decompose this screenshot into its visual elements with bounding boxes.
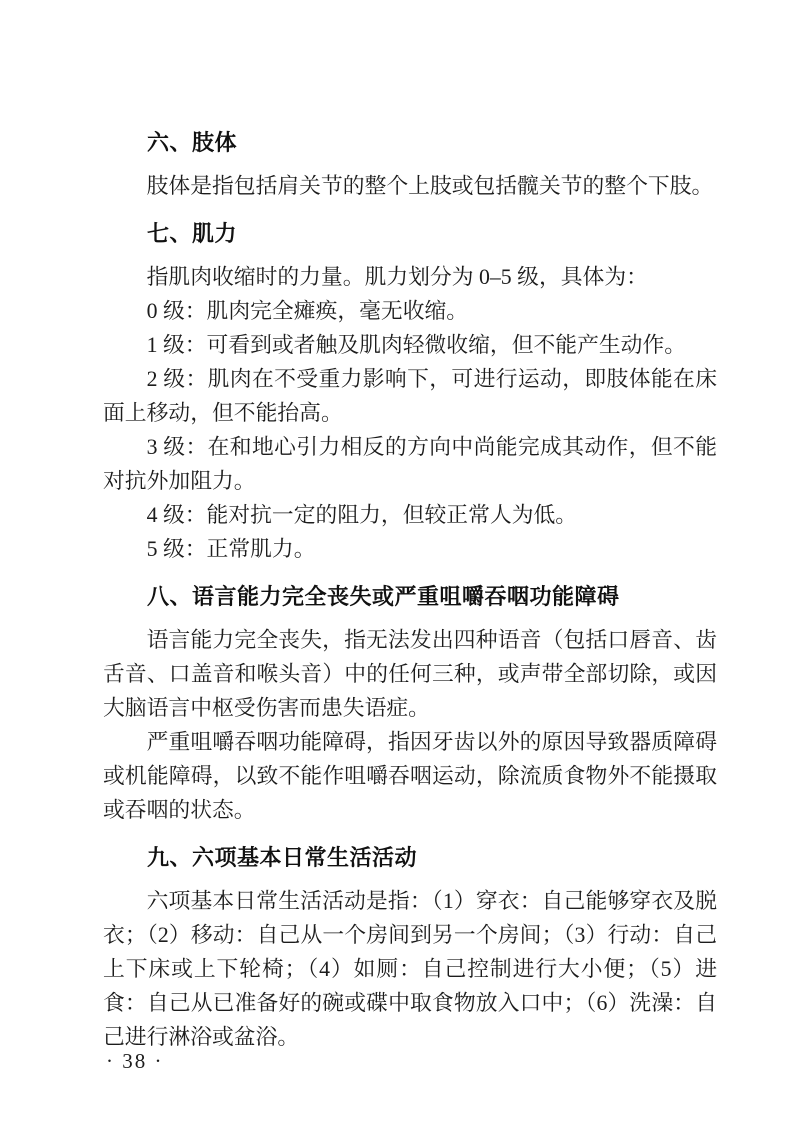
- paragraph-language-loss: 语言能力完全丧失，指无法发出四种语音（包括口唇音、齿舌音、口盖音和喉头音）中的任…: [103, 623, 717, 725]
- page-number: · 38 ·: [106, 1046, 164, 1076]
- paragraph-grade-0: 0 级：肌肉完全瘫痪，毫无收缩。: [103, 294, 717, 328]
- paragraph-grade-3: 3 级：在和地心引力相反的方向中尚能完成其动作，但不能对抗外加阻力。: [103, 430, 717, 498]
- section-heading-muscle-strength: 七、肌力: [103, 217, 717, 251]
- paragraph-muscle-intro: 指肌肉收缩时的力量。肌力划分为 0–5 级，具体为：: [103, 260, 717, 294]
- section-heading-limbs: 六、肢体: [103, 126, 717, 160]
- paragraph-limbs-definition: 肢体是指包括肩关节的整个上肢或包括髋关节的整个下肢。: [103, 169, 717, 203]
- paragraph-grade-5: 5 级：正常肌力。: [103, 532, 717, 566]
- paragraph-chewing-disorder: 严重咀嚼吞咽功能障碍，指因牙齿以外的原因导致器质障碍或机能障碍，以致不能作咀嚼吞…: [103, 725, 717, 827]
- paragraph-daily-activities: 六项基本日常生活活动是指：（1）穿衣：自己能够穿衣及脱衣；（2）移动：自己从一个…: [103, 884, 717, 1054]
- document-page: 六、肢体 肢体是指包括肩关节的整个上肢或包括髋关节的整个下肢。 七、肌力 指肌肉…: [0, 0, 800, 1148]
- page-content: 六、肢体 肢体是指包括肩关节的整个上肢或包括髋关节的整个下肢。 七、肌力 指肌肉…: [103, 126, 717, 1054]
- section-heading-daily-activities: 九、六项基本日常生活活动: [103, 841, 717, 875]
- paragraph-grade-1: 1 级：可看到或者触及肌肉轻微收缩，但不能产生动作。: [103, 328, 717, 362]
- paragraph-grade-2: 2 级：肌肉在不受重力影响下，可进行运动，即肢体能在床面上移动，但不能抬高。: [103, 362, 717, 430]
- section-heading-language-chewing: 八、语言能力完全丧失或严重咀嚼吞咽功能障碍: [103, 580, 717, 614]
- paragraph-grade-4: 4 级：能对抗一定的阻力，但较正常人为低。: [103, 498, 717, 532]
